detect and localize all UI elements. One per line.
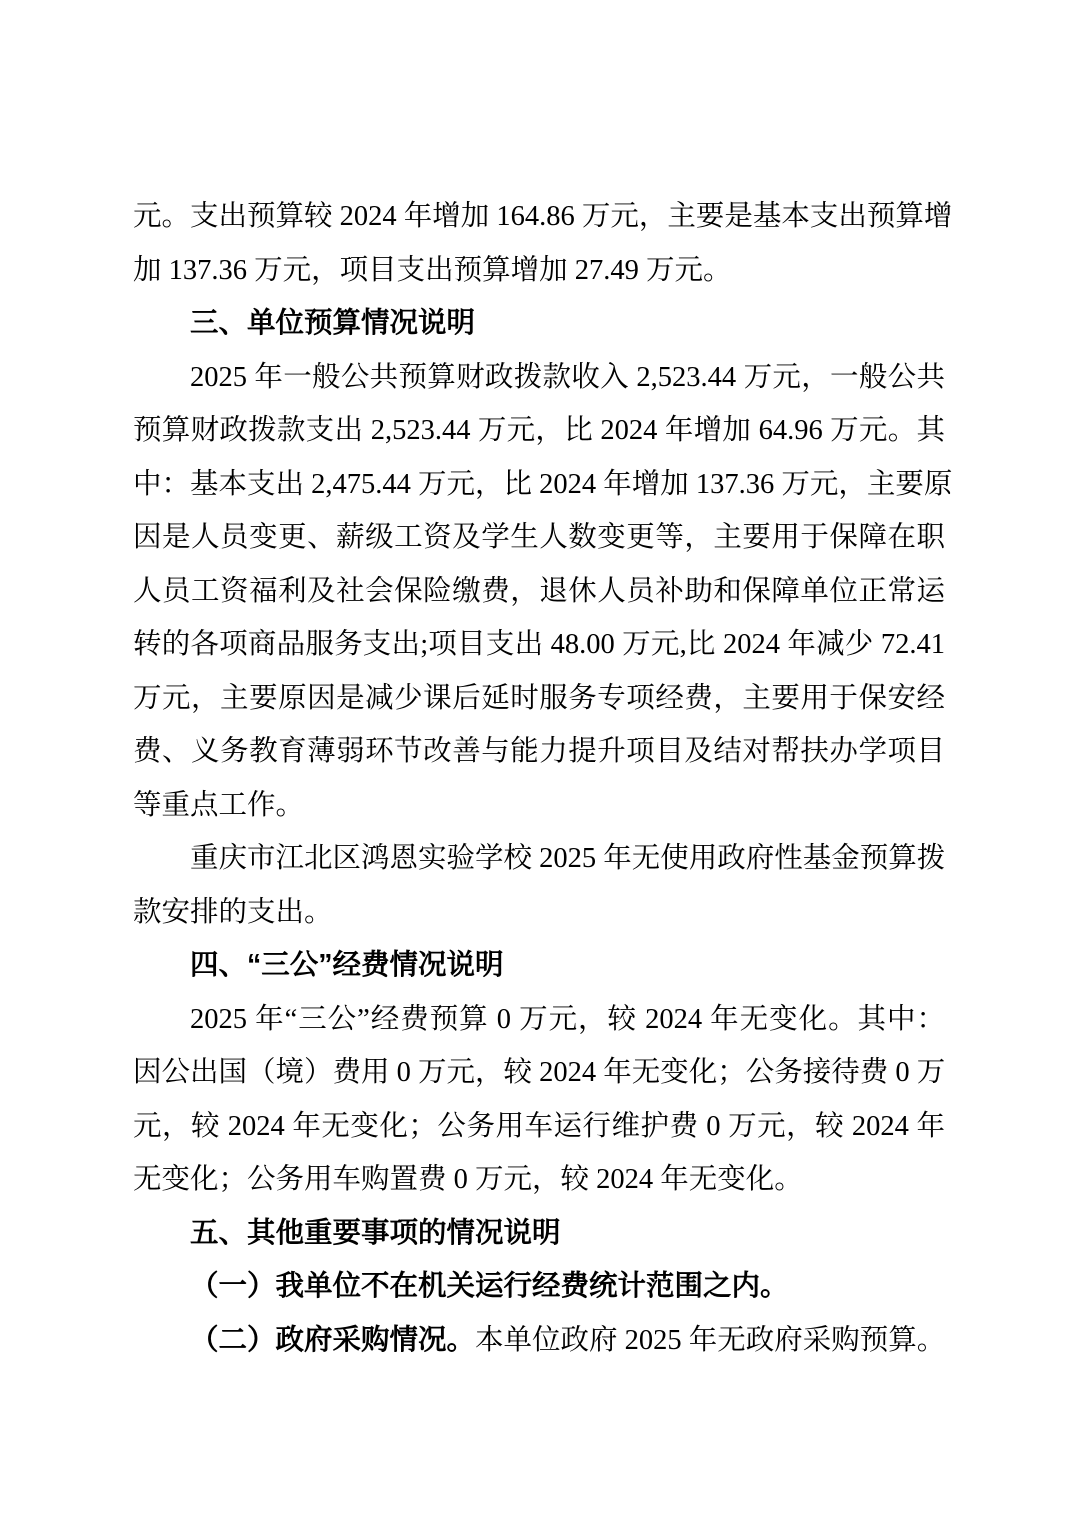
body-line: 2025 年“三公”经费预算 0 万元，较 2024 年无变化。其中： <box>133 993 945 1047</box>
body-line: 因公出国（境）费用 0 万元，较 2024 年无变化；公务接待费 0 万 <box>133 1046 945 1100</box>
body-line: 款安排的支出。 <box>133 886 945 940</box>
section-heading-5: 五、其他重要事项的情况说明 <box>133 1207 945 1261</box>
body-line: 等重点工作。 <box>133 779 945 833</box>
body-line: 重庆市江北区鸿恩实验学校 2025 年无使用政府性基金预算拨 <box>133 832 945 886</box>
body-line: 因是人员变更、薪级工资及学生人数变更等，主要用于保障在职 <box>133 511 945 565</box>
document-body: 元。支出预算较 2024 年增加 164.86 万元，主要是基本支出预算增 加 … <box>133 190 945 1367</box>
document-page: 元。支出预算较 2024 年增加 164.86 万元，主要是基本支出预算增 加 … <box>0 0 1074 1520</box>
body-line: 费、义务教育薄弱环节改善与能力提升项目及结对帮扶办学项目 <box>133 725 945 779</box>
list-item-1: （一）我单位不在机关运行经费统计范围之内。 <box>133 1260 945 1314</box>
body-line: 预算财政拨款支出 2,523.44 万元，比 2024 年增加 64.96 万元… <box>133 404 945 458</box>
body-line: 万元，主要原因是减少课后延时服务专项经费，主要用于保安经 <box>133 672 945 726</box>
body-line: 人员工资福利及社会保险缴费，退休人员补助和保障单位正常运 <box>133 565 945 619</box>
list-item-2-text: 本单位政府 2025 年无政府采购预算。 <box>475 1325 945 1356</box>
list-item-2: （二）政府采购情况。本单位政府 2025 年无政府采购预算。 <box>133 1314 945 1368</box>
body-line: 无变化；公务用车购置费 0 万元，较 2024 年无变化。 <box>133 1153 945 1207</box>
body-line: 中：基本支出 2,475.44 万元，比 2024 年增加 137.36 万元，… <box>133 458 945 512</box>
section-heading-4: 四、“三公”经费情况说明 <box>133 939 945 993</box>
body-line: 转的各项商品服务支出;项目支出 48.00 万元,比 2024 年减少 72.4… <box>133 618 945 672</box>
list-item-2-label: （二）政府采购情况。 <box>190 1324 475 1356</box>
body-line: 元，较 2024 年无变化；公务用车运行维护费 0 万元，较 2024 年 <box>133 1100 945 1154</box>
body-line: 元。支出预算较 2024 年增加 164.86 万元，主要是基本支出预算增 <box>133 190 945 244</box>
body-line: 2025 年一般公共预算财政拨款收入 2,523.44 万元，一般公共 <box>133 351 945 405</box>
body-line: 加 137.36 万元，项目支出预算增加 27.49 万元。 <box>133 244 945 298</box>
section-heading-3: 三、单位预算情况说明 <box>133 297 945 351</box>
